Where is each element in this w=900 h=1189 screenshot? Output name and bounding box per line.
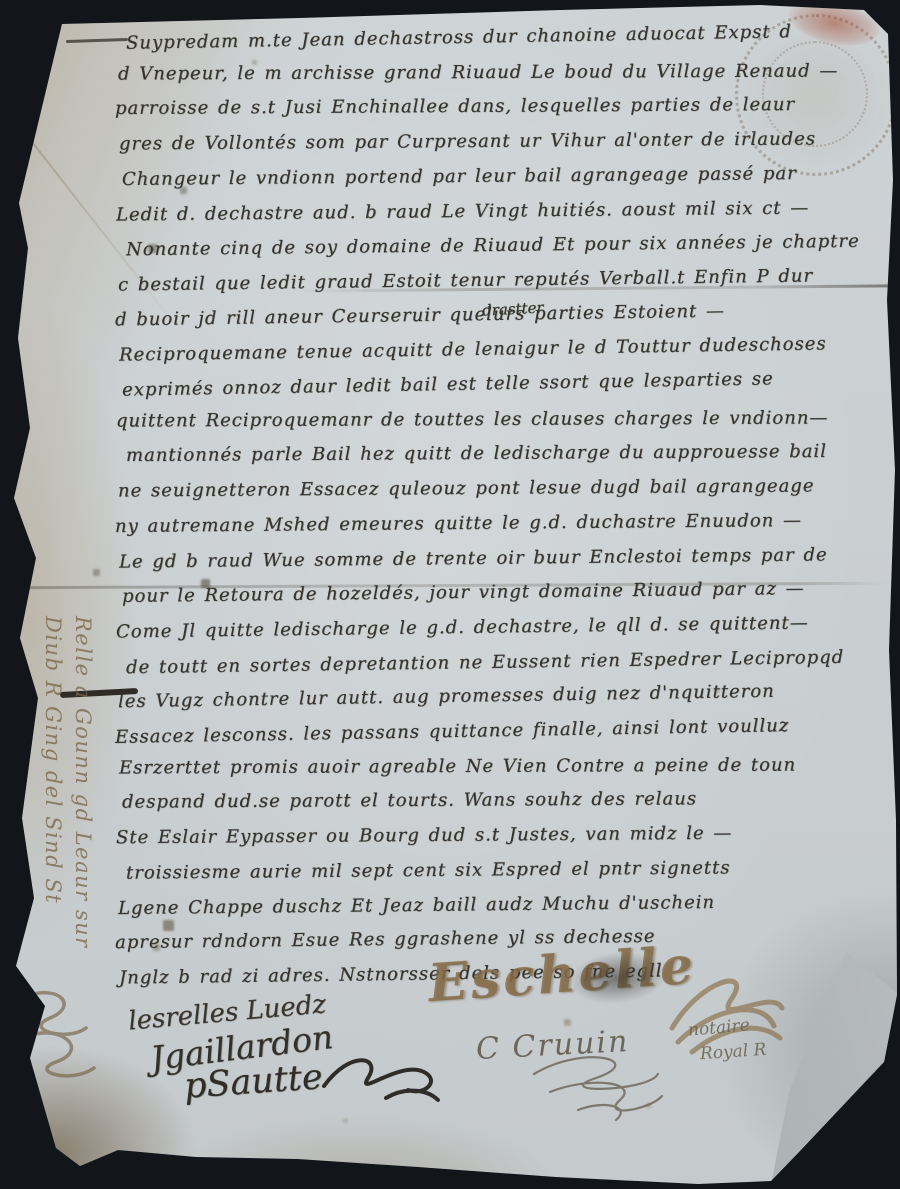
- manuscript-line: de toutt en sortes depretantion ne Eusse…: [126, 646, 844, 677]
- manuscript-line: Changeur le vndionn portend par leur bai…: [122, 163, 797, 190]
- scanned-manuscript: Suypredam m.te Jean dechastross dur chan…: [0, 0, 900, 1189]
- manuscript-line: troissiesme aurie mil sept cent six Espr…: [126, 857, 731, 883]
- manuscript-line: parroisse de s.t Jusi Enchinallee dans, …: [115, 94, 795, 119]
- manuscript-line: Suypredam m.te Jean dechastross dur chan…: [126, 21, 792, 54]
- margin-paraph-flourish: [10, 980, 110, 1090]
- manuscript-line: despand dud.se parott el tourts. Wans so…: [122, 789, 697, 813]
- manuscript-line: Nonante cinq de soy domaine de Riuaud Et…: [126, 231, 860, 261]
- rubric-ink-smudge: [566, 947, 671, 1009]
- margin-note-line: Diub R Ging del Sind St: [38, 616, 68, 1036]
- manuscript-paper: Suypredam m.te Jean dechastross dur chan…: [0, 0, 900, 1189]
- manuscript-line: Lgene Chappe duschz Et Jeaz baill audz M…: [118, 891, 715, 918]
- manuscript-line: ny autremane Mshed emeures quitte le g.d…: [115, 510, 802, 537]
- notary-paraph-flourish: [520, 1052, 670, 1132]
- manuscript-line: Ste Eslair Eypasser ou Bourg dud s.t Jus…: [116, 823, 732, 848]
- manuscript-line: d buoir jd rill aneur Ceurseruir quelurs…: [115, 300, 725, 330]
- manuscript-line: gres de Vollontés som par Curpresant ur …: [119, 129, 816, 155]
- manuscript-line: Essacez lesconss. les passans quittance …: [115, 715, 790, 748]
- manuscript-line: exprimés onnoz daur ledit bail est telle…: [122, 368, 774, 400]
- signature-paraph-flourish: [316, 1042, 446, 1112]
- manuscript-line: mantionnés parle Bail hez quitt de ledis…: [126, 441, 827, 466]
- manuscript-line: Come Jl quitte ledischarge le g.d. decha…: [116, 612, 809, 642]
- margin-note-line: Relle a Gounn gd Leaur sur: [68, 616, 98, 1036]
- manuscript-line: Le gd b raud Wue somme de trente oir buu…: [119, 544, 828, 572]
- manuscript-line: Ledit d. dechastre aud. b raud Le Vingt …: [116, 197, 809, 225]
- manuscript-line: pour le Retoura de hozeldés, jour vingt …: [122, 578, 805, 607]
- manuscript-line: c bestail que ledit graud Estoit tenur r…: [118, 265, 813, 295]
- manuscript-line: d Vnepeur, le m archisse grand Riuaud Le…: [118, 60, 838, 84]
- manuscript-line: les Vugz chontre lur autt. aug promesses…: [118, 681, 775, 713]
- manuscript-line: Esrzerttet promis auoir agreable Ne Vien…: [119, 754, 796, 778]
- manuscript-line: ne seuignetteron Essacez quleouz pont le…: [118, 476, 815, 502]
- margin-note-vertical: Relle a Gounn gd Leaur sur Diub R Ging d…: [38, 616, 98, 1036]
- interlinear-insertion: drastter: [482, 298, 544, 319]
- manuscript-line: quittent Reciproquemanr de touttes les c…: [116, 407, 828, 431]
- ink-stains: [0, 0, 1, 1]
- manuscript-line: Reciproquemane tenue acquitt de lenaigur…: [119, 334, 827, 366]
